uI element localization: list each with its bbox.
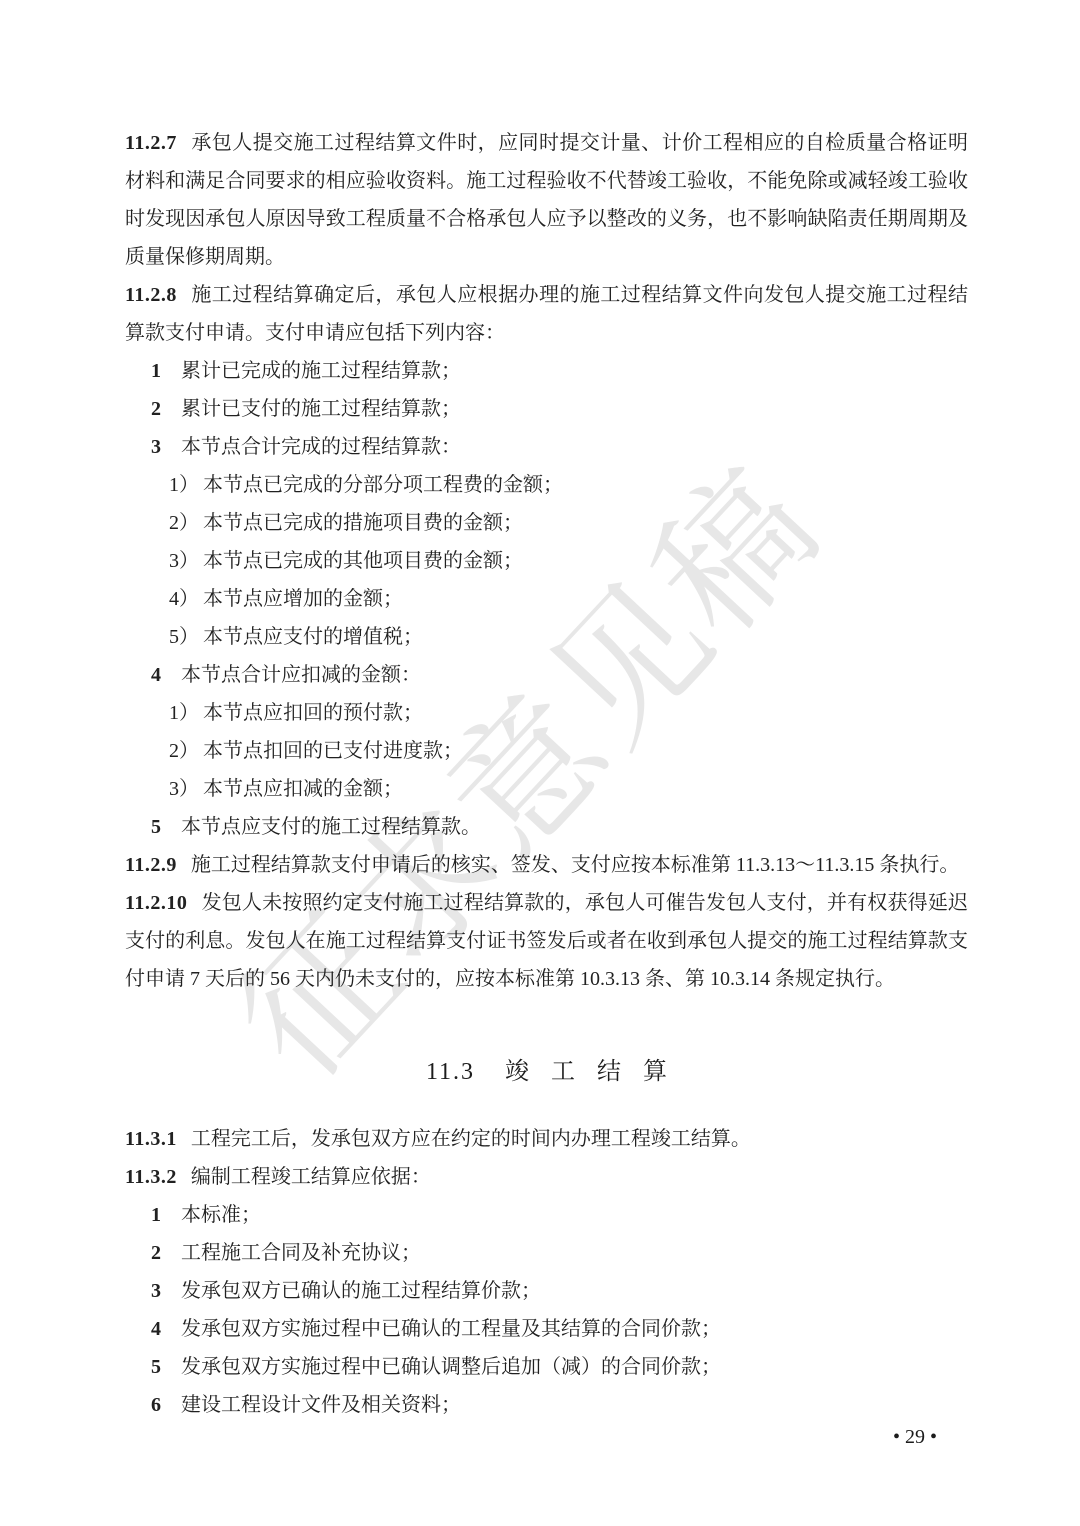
clause-11-2-10: 11.2.10发包人未按照约定支付施工过程结算款的，承包人可催告发包人支付，并有… xyxy=(125,884,968,998)
list-item: 4本节点合计应扣减的金额： xyxy=(125,656,968,694)
list-item-text: 本节点应扣减的金额； xyxy=(203,770,968,808)
list-item-text: 本节点应增加的金额； xyxy=(203,580,968,618)
clause-text: 施工过程结算确定后，承包人应根据办理的施工过程结算文件向发包人提交施工过程结算款… xyxy=(125,284,968,344)
list-item-text: 本节点已完成的分部分项工程费的金额； xyxy=(203,466,968,504)
list-item-text: 本节点已完成的措施项目费的金额； xyxy=(203,504,968,542)
list-item-text: 本节点合计应扣减的金额： xyxy=(181,656,968,694)
sub-list-item: 3）本节点应扣减的金额； xyxy=(125,770,968,808)
clause-text: 发包人未按照约定支付施工过程结算款的，承包人可催告发包人支付，并有权获得延迟支付… xyxy=(125,892,968,990)
list-item-text: 本节点应支付的增值税； xyxy=(203,618,968,656)
list-item-number: 5） xyxy=(169,618,199,656)
list-item: 4发承包双方实施过程中已确认的工程量及其结算的合同价款； xyxy=(125,1310,968,1348)
clause-11-2-8: 11.2.8施工过程结算确定后，承包人应根据办理的施工过程结算文件向发包人提交施… xyxy=(125,276,968,352)
clause-text: 施工过程结算款支付申请后的核实、签发、支付应按本标准第 11.3.13～11.3… xyxy=(191,854,960,876)
clause-number: 11.2.10 xyxy=(125,892,187,914)
list-item-number: 2） xyxy=(169,732,199,770)
list-item-number: 6 xyxy=(151,1386,161,1424)
page-number: • 29 • xyxy=(860,1422,970,1452)
list-item-number: 2） xyxy=(169,504,199,542)
sub-list-item: 5）本节点应支付的增值税； xyxy=(125,618,968,656)
list-item-text: 发承包双方实施过程中已确认的工程量及其结算的合同价款； xyxy=(181,1310,968,1348)
list-item: 2累计已支付的施工过程结算款； xyxy=(125,390,968,428)
list-item: 1本标准； xyxy=(125,1196,968,1234)
list-item-number: 1） xyxy=(169,466,199,504)
list-item-text: 发承包双方实施过程中已确认调整后追加（减）的合同价款； xyxy=(181,1348,968,1386)
list-item-number: 2 xyxy=(151,390,161,428)
list-item-text: 本节点应支付的施工过程结算款。 xyxy=(181,808,968,846)
list-item-number: 4） xyxy=(169,580,199,618)
list-item-text: 累计已完成的施工过程结算款； xyxy=(181,352,968,390)
clause-number: 11.3.1 xyxy=(125,1128,177,1150)
clause-number: 11.3.2 xyxy=(125,1166,177,1188)
sub-list-item: 3）本节点已完成的其他项目费的金额； xyxy=(125,542,968,580)
clause-11-2-9: 11.2.9施工过程结算款支付申请后的核实、签发、支付应按本标准第 11.3.1… xyxy=(125,846,968,884)
list-item-text: 本节点应扣回的预付款； xyxy=(203,694,968,732)
sub-list-item: 4）本节点应增加的金额； xyxy=(125,580,968,618)
clause-11-3-2: 11.3.2编制工程竣工结算应依据： xyxy=(125,1158,968,1196)
list-item-text: 工程施工合同及补充协议； xyxy=(181,1234,968,1272)
list-item-number: 4 xyxy=(151,1310,161,1348)
list-item-number: 1） xyxy=(169,694,199,732)
list-item-number: 3） xyxy=(169,770,199,808)
clause-11-2-7: 11.2.7承包人提交施工过程结算文件时，应同时提交计量、计价工程相应的自检质量… xyxy=(125,124,968,276)
list-item: 5本节点应支付的施工过程结算款。 xyxy=(125,808,968,846)
list-item: 1累计已完成的施工过程结算款； xyxy=(125,352,968,390)
sub-list-item: 2）本节点已完成的措施项目费的金额； xyxy=(125,504,968,542)
list-item-number: 2 xyxy=(151,1234,161,1272)
sub-list-item: 1）本节点已完成的分部分项工程费的金额； xyxy=(125,466,968,504)
document-content: 11.2.7承包人提交施工过程结算文件时，应同时提交计量、计价工程相应的自检质量… xyxy=(125,124,968,1424)
list-item-number: 1 xyxy=(151,1196,161,1234)
clause-11-3-1: 11.3.1工程完工后，发承包双方应在约定的时间内办理工程竣工结算。 xyxy=(125,1120,968,1158)
list-item-number: 3 xyxy=(151,1272,161,1310)
sub-list-item: 2）本节点扣回的已支付进度款； xyxy=(125,732,968,770)
list-item-number: 5 xyxy=(151,1348,161,1386)
clause-text: 工程完工后，发承包双方应在约定的时间内办理工程竣工结算。 xyxy=(191,1128,751,1150)
sub-list-item: 1）本节点应扣回的预付款； xyxy=(125,694,968,732)
clause-number: 11.2.7 xyxy=(125,132,177,154)
list-item: 3本节点合计完成的过程结算款： xyxy=(125,428,968,466)
list-item-number: 5 xyxy=(151,808,161,846)
list-item-number: 3） xyxy=(169,542,199,580)
clause-number: 11.2.8 xyxy=(125,284,177,306)
list-item-text: 发承包双方已确认的施工过程结算价款； xyxy=(181,1272,968,1310)
list-item-number: 3 xyxy=(151,428,161,466)
clause-text: 承包人提交施工过程结算文件时，应同时提交计量、计价工程相应的自检质量合格证明材料… xyxy=(125,132,968,268)
list-item-text: 本节点合计完成的过程结算款： xyxy=(181,428,968,466)
list-item-text: 累计已支付的施工过程结算款； xyxy=(181,390,968,428)
list-item-text: 本节点扣回的已支付进度款； xyxy=(203,732,968,770)
list-item-text: 本节点已完成的其他项目费的金额； xyxy=(203,542,968,580)
list-item-number: 1 xyxy=(151,352,161,390)
list-item: 6建设工程设计文件及相关资料； xyxy=(125,1386,968,1424)
list-item-number: 4 xyxy=(151,656,161,694)
document-page: 征求意见稿 11.2.7承包人提交施工过程结算文件时，应同时提交计量、计价工程相… xyxy=(0,0,1080,1526)
section-heading-11-3: 11.3竣工结算 xyxy=(125,1050,968,1094)
section-title: 竣工结算 xyxy=(505,1059,689,1085)
list-item: 3发承包双方已确认的施工过程结算价款； xyxy=(125,1272,968,1310)
clause-number: 11.2.9 xyxy=(125,854,177,876)
list-item-text: 本标准； xyxy=(181,1196,968,1234)
clause-text: 编制工程竣工结算应依据： xyxy=(191,1166,431,1188)
list-item: 2工程施工合同及补充协议； xyxy=(125,1234,968,1272)
list-item-text: 建设工程设计文件及相关资料； xyxy=(181,1386,968,1424)
section-number: 11.3 xyxy=(426,1059,475,1085)
list-item: 5发承包双方实施过程中已确认调整后追加（减）的合同价款； xyxy=(125,1348,968,1386)
